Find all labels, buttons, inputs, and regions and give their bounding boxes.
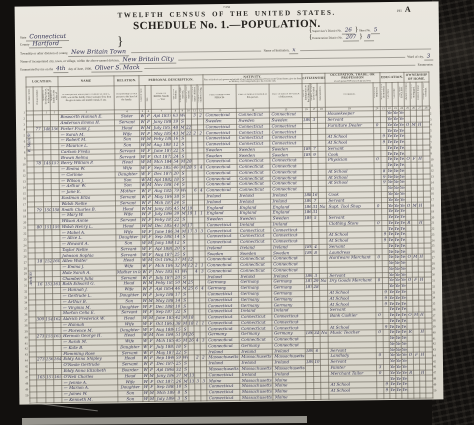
enumerated-mid: day of June, 1900, (68, 65, 92, 73)
table-cell: Wd (182, 355, 188, 361)
table-cell: Yes (394, 203, 400, 209)
table-cell (321, 394, 329, 400)
table-cell: Yes (395, 341, 401, 347)
table-cell: 1872 (305, 285, 313, 291)
table-cell: Yes (387, 122, 393, 128)
column-header: Place of birth of FATHER of this person. (236, 84, 269, 108)
table-cell: Yes (389, 312, 395, 318)
table-cell: Yes (401, 312, 407, 318)
table-cell: Yes (394, 214, 400, 220)
table-cell: Yes (388, 220, 394, 226)
brace-glyph: } (117, 33, 123, 49)
table-cell: 13 (189, 372, 195, 378)
supervisor-district-field: { Supervisor's District No. 26 } Sheet N… (309, 26, 381, 34)
sheet-value-alt: 8 (364, 34, 374, 41)
table-cell: June 1865 (153, 229, 173, 235)
column-header: Number of years married. (185, 85, 191, 109)
row-number: 50 (433, 388, 440, 394)
table-cell: 1866 (305, 331, 313, 337)
table-cell: Yes (388, 243, 394, 249)
column-header: DATE OF BIRTH. Month — Year (151, 85, 171, 109)
table-cell: W (141, 229, 147, 235)
enumerated-day: 4th (53, 66, 68, 73)
table-cell: 12 (187, 263, 193, 269)
table-cell: 31 (312, 210, 319, 216)
table-cell: Sep 1885 (153, 234, 173, 240)
table-cell: 28 (186, 159, 192, 165)
column-header: Number of family, in the order of visita… (50, 87, 58, 111)
table-cell: 26 (188, 332, 194, 338)
table-cell: M (180, 130, 186, 136)
enumeration-district-value: 207 (343, 34, 360, 41)
table-cell: Yes (390, 376, 396, 382)
table-cell: Yes (400, 243, 406, 249)
table-cell: Yes (387, 151, 393, 157)
table-cell: 156 (45, 357, 53, 363)
table-cell: Yes (400, 226, 406, 232)
table-cell: 18 (188, 321, 194, 327)
column-header: Age at last birthday. (171, 85, 179, 109)
column-header: Year of immigration to the United States… (302, 84, 310, 108)
table-cell: Yes (399, 139, 405, 145)
table-cell: Dec 1889 (154, 304, 174, 310)
table-cell: Yes (388, 237, 394, 243)
column-header: Occupation. (325, 83, 373, 108)
table-cell: Sep 1853 (152, 165, 172, 171)
table-cell: Yes (389, 359, 395, 365)
table-cell: Yes (401, 330, 407, 336)
table-cell: Yes (393, 162, 399, 168)
table-cell: 165 (54, 374, 62, 380)
table-cell: Yes (388, 266, 394, 272)
table-cell: Yes (387, 174, 393, 180)
table-cell: Maine (273, 394, 306, 400)
table-cell: May 1857 (152, 131, 172, 137)
table-cell: Yes (401, 283, 407, 289)
sheet-value: 5 (371, 27, 381, 34)
table-cell: 17 (187, 223, 193, 229)
table-cell: 1893 (303, 198, 311, 204)
column-header: Place of birth of MOTHER of this person. (269, 84, 302, 108)
table-cell: M (147, 206, 153, 212)
table-cell: Nov 1885 (152, 182, 172, 188)
table-cell: Yes (396, 381, 402, 387)
column-group-header: OWNERSHIP OF HOME. (404, 72, 429, 82)
table-cell: Yes (393, 191, 399, 197)
table-cell: 158 (52, 207, 60, 213)
table-cell: Wd (179, 113, 185, 119)
table-cell: Nov 1838 (153, 269, 173, 275)
table-cell: Yes (401, 335, 407, 341)
table-cell: Yes (395, 353, 401, 359)
table-cell: Mch 1892 (155, 390, 175, 396)
table-cell: Yes (395, 318, 401, 324)
table-cell: W (142, 350, 148, 356)
street-name-note: Arch St (29, 255, 36, 285)
table-cell: Na (319, 279, 327, 285)
table-cell: Dec 1879 (152, 171, 172, 177)
table-cell: May 1878 (154, 350, 174, 356)
table-cell: Jany 1883 (154, 292, 174, 298)
table-cell: Mch 1855 (154, 338, 174, 344)
table-cell: Yes (402, 370, 408, 376)
table-cell: Wd (181, 269, 187, 275)
table-cell: 1871 (304, 279, 312, 285)
table-cell: 157 (51, 161, 59, 167)
table-cell: 1895 (304, 215, 312, 221)
table-cell: 25 (187, 280, 193, 286)
table-cell: 28 (313, 284, 320, 290)
table-cell: Yes (401, 301, 407, 307)
table-cell: Yes (399, 185, 405, 191)
table-cell: Feby 1884 (152, 136, 172, 142)
page-stamp-number: 191 (397, 9, 402, 13)
column-header: Mother of how many children. (191, 85, 197, 109)
table-cell: Apl 1837 (151, 113, 171, 119)
table-cell: July 1896 (155, 396, 175, 402)
table-cell: Yes (401, 341, 407, 347)
table-cell: Yes (387, 168, 393, 174)
table-cell: Yes (401, 289, 407, 295)
table-cell: 22 (186, 125, 192, 131)
table-cell: Jany 1881 (152, 119, 172, 125)
table-cell: July 1860 (153, 211, 173, 217)
table-cell: Yes (400, 197, 406, 203)
table-cell: Yes (388, 197, 394, 203)
table-cell: Yes (390, 370, 396, 376)
table-cell: Yes (400, 232, 406, 238)
table-cell: 1884 (303, 192, 311, 198)
table-cell: Yes (393, 122, 399, 128)
table-cell: Yes (388, 209, 394, 215)
table-cell: Wd (180, 188, 186, 194)
table-cell: 163 (53, 334, 61, 340)
table-cell: July 1879 (153, 275, 173, 281)
scanner-background: 7-556 TWELFTH CENSUS OF THE UNITED STATE… (0, 0, 474, 425)
table-cell: Yes (393, 128, 399, 134)
column-header: House number. (33, 87, 42, 111)
column-group-header: EDUCATION. (380, 72, 404, 82)
table-cell: Yes (396, 370, 402, 376)
table-cell: 273 (36, 357, 45, 363)
table-cell: Yes (386, 111, 392, 117)
table-cell (306, 394, 314, 400)
table-cell: 3 (175, 396, 183, 402)
table-cell: 152 (44, 259, 52, 265)
table-cell: Apl 1880 (153, 246, 173, 252)
census-table: LOCATION.NAMERELATION.PERSONAL DESCRIPTI… (25, 72, 433, 404)
table-cell: Aug 1884 (154, 327, 174, 333)
table-cell: Apl 1854 (154, 286, 174, 292)
table-cell: 154 (45, 317, 53, 323)
column-header: Attended school (in months). (380, 83, 386, 107)
table-cell: Yes (387, 157, 393, 163)
table-cell: Feby 1878 (153, 217, 173, 223)
table-cell: Apl 1882 (152, 177, 172, 183)
table-cell: Yes (399, 122, 405, 128)
row-number: 50 (21, 393, 28, 399)
enumerator-label: Enumerator. (418, 60, 434, 68)
county-field: County Hartford (20, 40, 124, 48)
table-cell: Yes (400, 272, 406, 278)
table-cell: Yes (395, 330, 401, 336)
table-cell: Yes (389, 289, 395, 295)
table-cell: Yes (388, 214, 394, 220)
table-cell (54, 397, 62, 403)
table-cell: Yes (393, 185, 399, 191)
table-cell: June 1877 (152, 148, 172, 154)
column-group-header: RELATION. (114, 76, 139, 86)
ward-label: Ward of city, (407, 53, 424, 61)
table-cell: 149 (43, 161, 51, 167)
table-cell: 19 (187, 211, 193, 217)
table-cell (426, 393, 433, 399)
street-name-note: W. Main St (27, 122, 34, 152)
table-cell: 1890 (305, 360, 313, 366)
table-cell: Yes (400, 249, 406, 255)
table-cell: Yes (401, 358, 407, 364)
table-cell: Aug 1887 (152, 142, 172, 148)
table-cell: Oct 1861 (154, 321, 174, 327)
table-cell: Na (320, 331, 328, 337)
table-cell: Dec 1874 (154, 361, 174, 367)
table-cell: W (141, 275, 147, 281)
table-cell: Yes (400, 260, 406, 266)
table-cell: Yes (399, 151, 405, 157)
column-header: Number of farm schedule. (422, 82, 429, 106)
table-cell: — Kenneth M. (62, 396, 118, 402)
table-cell: Yes (401, 278, 407, 284)
table-cell: Yes (394, 237, 400, 243)
table-cell: 1893 (303, 146, 311, 152)
enumerator-signature: Oliver S. Mack (92, 65, 143, 73)
table-cell: 273 (36, 334, 45, 340)
table-cell: Yes (387, 134, 393, 140)
census-sheet: 7-556 TWELFTH CENSUS OF THE UNITED STATE… (15, 1, 444, 404)
table-cell: 17 (187, 228, 193, 234)
table-cell: Yes (400, 214, 406, 220)
table-cell: 155 (45, 334, 53, 340)
table-cell: 1897 (304, 273, 312, 279)
table-cell: W (142, 327, 148, 333)
table-cell: Yes (388, 255, 394, 261)
table-cell (377, 393, 384, 399)
table-cell: 31 (312, 204, 319, 210)
table-cell: M (183, 378, 189, 384)
table-cell: Yes (399, 174, 405, 180)
table-cell: Yes (395, 324, 401, 330)
table-cell: Yes (387, 116, 393, 122)
next-page-edge (22, 416, 307, 425)
table-cell: Yes (399, 191, 405, 197)
table-cell: 12 (187, 257, 193, 263)
table-cell: Yes (396, 387, 402, 393)
table-cell: July 1881 (154, 344, 174, 350)
table-cell: 10 (313, 359, 320, 365)
column-group-header: NAME (58, 76, 114, 87)
table-cell: 153 (44, 282, 52, 288)
table-cell: Yes (400, 220, 406, 226)
table-cell: 150 (44, 207, 52, 213)
table-cell: Oct 1862 (153, 257, 173, 263)
table-cell: Jany 1863 (155, 373, 175, 379)
column-header: Whether single, married, widowed, or div… (179, 85, 185, 109)
table-cell: 1897 (303, 117, 311, 123)
column-header: Owned free or mortgaged. (410, 82, 416, 106)
table-cell: Yes (389, 307, 395, 313)
table-cell: Yes (401, 318, 407, 324)
table-cell: W (141, 252, 147, 258)
enumeration-district-label: Enumeration District No. (312, 35, 343, 42)
table-cell: Yes (388, 203, 394, 209)
table-cell: Yes (395, 295, 401, 301)
table-cell: Yes (390, 387, 396, 393)
table-cell: 26 (188, 338, 194, 344)
table-cell: Yes (389, 335, 395, 341)
column-header: Place of birth of this PERSON. (203, 85, 236, 109)
table-cell: 28 (186, 165, 192, 171)
table-cell: Yes (387, 128, 393, 134)
table-cell: Yes (395, 347, 401, 353)
state-county-block: State Connecticut County Hartford } (20, 33, 124, 48)
table-cell: May 1862 (152, 194, 172, 200)
column-header: Months not employed. (373, 83, 380, 107)
rule-line (300, 49, 431, 52)
table-cell: Yes (399, 134, 405, 140)
table-cell: 18 (188, 315, 194, 321)
table-cell: 1892 (304, 250, 312, 256)
table-cell: Mch 1868 (153, 263, 173, 269)
enumeration-district-field: { Enumeration District No. 207 } 8 (309, 33, 381, 41)
table-cell: 1896 (304, 244, 312, 250)
table-cell: Massachusetts (240, 395, 273, 401)
table-cell: 164 (53, 357, 61, 363)
table-cell: M (181, 228, 187, 234)
table-cell: Yes (400, 266, 406, 272)
table-cell: Yes (394, 197, 400, 203)
table-cell: Oct 1875 (152, 154, 172, 160)
table-cell: 1894 (305, 348, 313, 354)
table-cell: Yes (395, 312, 401, 318)
table-cell: Yes (388, 232, 394, 238)
table-cell: Yes (389, 330, 395, 336)
table-cell: Yes (402, 381, 408, 387)
table-cell: Yes (395, 301, 401, 307)
table-cell: Yes (396, 376, 402, 382)
table-cell: Yes (389, 341, 395, 347)
table-cell: June 1857 (154, 315, 174, 321)
table-cell: Yes (388, 249, 394, 255)
table-cell: Yes (389, 284, 395, 290)
county-value: Hartford (29, 41, 62, 48)
table-cell: M (146, 177, 152, 183)
table-cell: Yes (399, 157, 405, 163)
table-cell: Yes (392, 111, 398, 117)
table-cell: W (140, 131, 146, 137)
table-cell: Yes (400, 203, 406, 209)
table-cell: 162 (53, 316, 61, 322)
table-cell: Jany 1888 (153, 240, 173, 246)
table-cell: Yes (399, 145, 405, 151)
column-header: of each person whose place of abode on J… (58, 86, 114, 111)
table-cell: Sep 1889 (155, 384, 175, 390)
table-cell: Yes (400, 255, 406, 261)
table-cell: Yes (401, 306, 407, 312)
table-cell: 148 (43, 126, 51, 132)
table-cell: Yes (395, 278, 401, 284)
table-cell: 19 (187, 205, 193, 211)
table-cell: Yes (393, 174, 399, 180)
table-cell: Yes (393, 151, 399, 157)
column-group-header: LOCATION. (26, 77, 58, 87)
table-cell: W (143, 379, 149, 385)
table-cell: Yes (393, 139, 399, 145)
table-cell: Yes (390, 382, 396, 388)
table-cell: Yes (393, 134, 399, 140)
table-cell: Yes (401, 295, 407, 301)
table-cell: Yes (401, 324, 407, 330)
table-cell: 1891 (303, 152, 311, 158)
table-cell: Dec 1858 (153, 223, 173, 229)
table-cell: W (140, 154, 146, 160)
column-header: Number of these children living. (197, 85, 203, 109)
table-cell: Connecticut (207, 395, 240, 401)
table-cell: Yes (393, 168, 399, 174)
column-header: Naturalization. (317, 83, 325, 107)
table-cell: 161 (52, 282, 60, 288)
table-cell: W (142, 304, 148, 310)
county-label: County (20, 41, 29, 48)
table-cell: Yes (393, 180, 399, 186)
table-cell: Yes (387, 191, 393, 197)
rule-line (131, 51, 262, 54)
table-cell: Yes (395, 307, 401, 313)
table-cell: Yes (396, 364, 402, 370)
page-stamp: 191A (397, 5, 411, 14)
table-cell: July 1851 (152, 125, 172, 131)
table-cell: Yes (399, 168, 405, 174)
rule-line (145, 65, 416, 69)
table-cell: Yes (394, 249, 400, 255)
table-cell: 1869 (304, 210, 312, 216)
table-cell: Yes (387, 139, 393, 145)
table-cell: Yes (400, 237, 406, 243)
page-letter: A (405, 5, 411, 14)
table-cell: M (181, 205, 187, 211)
table-cell: Aug 1820 (152, 188, 172, 194)
table-cell: Sep 1877 (154, 309, 174, 315)
table-cell: Yes (389, 301, 395, 307)
table-cell: Yes (398, 110, 404, 116)
table-cell: Yes (395, 289, 401, 295)
table-cell: 159 (52, 224, 60, 230)
table-cell: 29 (312, 279, 319, 285)
district-block: { Supervisor's District No. 26 } Sheet N… (309, 26, 381, 41)
table-cell (46, 397, 54, 403)
table-cell: Yes (389, 324, 395, 330)
table-cell: Yes (394, 232, 400, 238)
table-cell: Yes (399, 116, 405, 122)
table-cell: W (141, 206, 147, 212)
table-cell: Yes (399, 128, 405, 134)
column-header: Number of dwelling house, in the order o… (42, 87, 50, 111)
table-cell: Yes (394, 209, 400, 215)
table-cell: 165 (37, 374, 46, 380)
table-cell: Yes (387, 145, 393, 151)
table-cell: Yes (399, 162, 405, 168)
table-cell: Aug 1874 (153, 252, 173, 258)
table-cell: Mch 1846 (152, 159, 172, 165)
